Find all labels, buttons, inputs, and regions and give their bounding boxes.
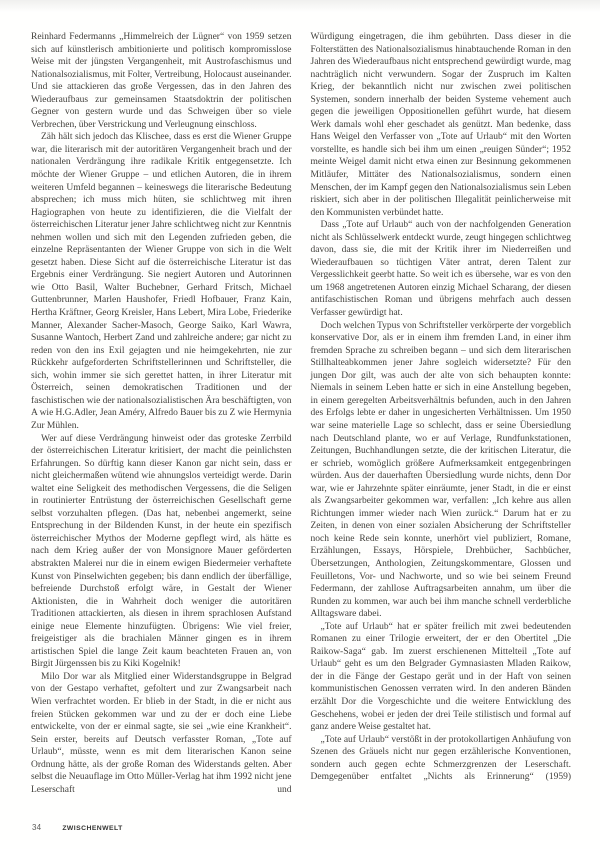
paragraph: Reinhard Federmanns „Himmelreich der Lüg…	[31, 31, 292, 131]
page-footer: 34 ZWISCHENWELT	[32, 823, 123, 832]
page-number: 34	[32, 823, 41, 832]
paragraph: Zäh hält sich jedoch das Klischee, dass …	[31, 131, 292, 432]
paragraph: Dass „Tote auf Urlaub“ auch von der nach…	[311, 219, 572, 319]
paragraph: Wer auf diese Verdrängung hinweist oder …	[31, 433, 292, 671]
paragraph: Würdigung eingetragen, die ihm gebührten…	[311, 31, 572, 219]
scan-edge-shadow	[0, 0, 600, 12]
article-body: Reinhard Federmanns „Himmelreich der Lüg…	[31, 31, 571, 793]
paragraph: Doch welchen Typus von Schriftsteller ve…	[311, 320, 572, 621]
paragraph: „Tote auf Urlaub“ hat er später freilich…	[311, 621, 572, 734]
paragraph: Milo Dor war als Mitglied einer Widersta…	[31, 671, 292, 793]
journal-name: ZWISCHENWELT	[62, 825, 122, 832]
journal-page: Reinhard Federmanns „Himmelreich der Lüg…	[0, 0, 600, 849]
right-column: Würdigung eingetragen, die ihm gebührten…	[311, 31, 572, 793]
left-column: Reinhard Federmanns „Himmelreich der Lüg…	[31, 31, 292, 793]
paragraph: „Tote auf Urlaub“ verstößt in der protok…	[311, 734, 572, 784]
